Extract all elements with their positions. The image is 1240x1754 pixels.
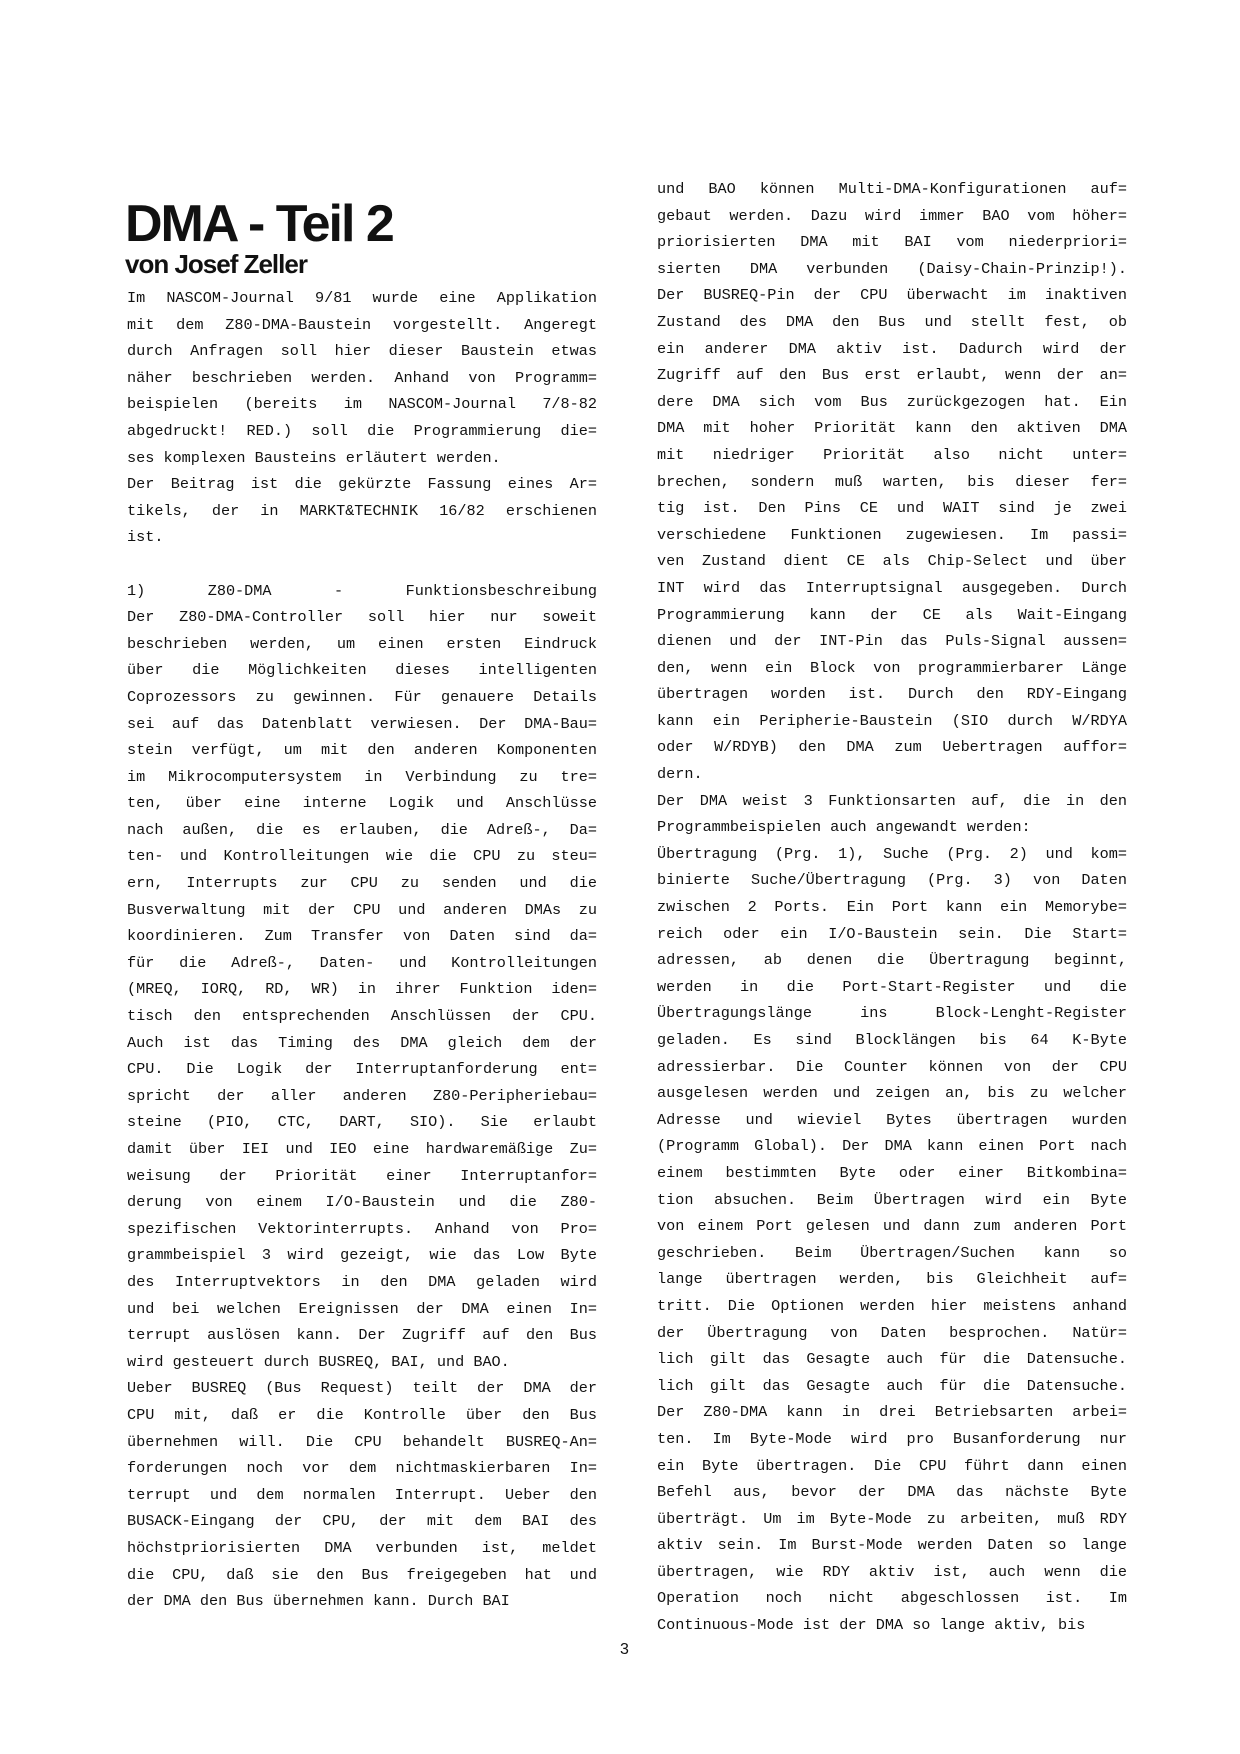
text-line: damit über IEI und IEO eine hardwaremäßi… bbox=[127, 1136, 597, 1163]
article-title: DMA - Teil 2 bbox=[125, 196, 393, 252]
article-byline: von Josef Zeller bbox=[125, 250, 307, 278]
text-line: ten, über eine interne Logik und Anschlü… bbox=[127, 790, 597, 817]
text-line: zwischen 2 Ports. Ein Port kann ein Memo… bbox=[657, 894, 1127, 921]
text-line: im Mikrocomputersystem in Verbindung zu … bbox=[127, 764, 597, 791]
text-line: priorisierten DMA mit BAI vom niederprio… bbox=[657, 229, 1127, 256]
text-line: übernehmen will. Die CPU behandelt BUSRE… bbox=[127, 1429, 597, 1456]
text-line: Operation noch nicht abgeschlossen ist. … bbox=[657, 1585, 1127, 1612]
text-line: lange übertragen werden, bis Gleichheit … bbox=[657, 1266, 1127, 1293]
text-line: Auch ist das Timing des DMA gleich dem d… bbox=[127, 1030, 597, 1057]
text-line: CPU mit, daß er die Kontrolle über den B… bbox=[127, 1402, 597, 1429]
text-line: Coprozessors zu gewinnen. Für genauere D… bbox=[127, 684, 597, 711]
text-line: tritt. Die Optionen werden hier meistens… bbox=[657, 1293, 1127, 1320]
text-line: spricht der aller anderen Z80-Peripherie… bbox=[127, 1083, 597, 1110]
text-line: adressierbar. Die Counter können von der… bbox=[657, 1054, 1127, 1081]
text-line: Busverwaltung mit der CPU und anderen DM… bbox=[127, 897, 597, 924]
text-line: Continuous-Mode ist der DMA so lange akt… bbox=[657, 1612, 1127, 1639]
text-line: die CPU, daß sie den Bus freigegeben hat… bbox=[127, 1562, 597, 1589]
text-line: (MREQ, IORQ, RD, WR) in ihrer Funktion i… bbox=[127, 976, 597, 1003]
text-line: tig ist. Den Pins CE und WAIT sind je zw… bbox=[657, 495, 1127, 522]
text-line: tion absuchen. Beim Übertragen wird ein … bbox=[657, 1187, 1127, 1214]
text-line: ausgelesen werden und zeigen an, bis zu … bbox=[657, 1080, 1127, 1107]
text-line: mit dem Z80-DMA-Baustein vorgestellt. An… bbox=[127, 312, 597, 339]
left-text-column: Im NASCOM-Journal 9/81 wurde eine Applik… bbox=[127, 285, 597, 1615]
text-line: einem bestimmten Byte oder einer Bitkomb… bbox=[657, 1160, 1127, 1187]
text-line: oder W/RDYB) den DMA zum Uebertragen auf… bbox=[657, 734, 1127, 761]
text-line: und BAO können Multi-DMA-Konfigurationen… bbox=[657, 176, 1127, 203]
text-line: Übertragung (Prg. 1), Suche (Prg. 2) und… bbox=[657, 841, 1127, 868]
text-line: mit niedriger Priorität also nicht unter… bbox=[657, 442, 1127, 469]
text-line: den, wenn ein Block von programmierbarer… bbox=[657, 655, 1127, 682]
text-line: wird gesteuert durch BUSREQ, BAI, und BA… bbox=[127, 1349, 597, 1376]
text-line: derung von einem I/O-Baustein und die Z8… bbox=[127, 1189, 597, 1216]
text-line: DMA mit hoher Priorität kann den aktiven… bbox=[657, 415, 1127, 442]
text-line: ses komplexen Bausteins erläutert werden… bbox=[127, 445, 597, 472]
text-line: lich gilt das Gesagte auch für die Daten… bbox=[657, 1373, 1127, 1400]
text-line: Befehl aus, bevor der DMA das nächste By… bbox=[657, 1479, 1127, 1506]
text-line: ein Byte übertragen. Die CPU führt dann … bbox=[657, 1453, 1127, 1480]
page-number: 3 bbox=[620, 1641, 629, 1659]
text-line: überträgt. Um im Byte-Mode zu arbeiten, … bbox=[657, 1506, 1127, 1533]
text-line: Programmierung kann der CE als Wait-Eing… bbox=[657, 602, 1127, 629]
text-line: geladen. Es sind Blocklängen bis 64 K-By… bbox=[657, 1027, 1127, 1054]
text-line: nach außen, die es erlauben, die Adreß-,… bbox=[127, 817, 597, 844]
text-line: steine (PIO, CTC, DART, SIO). Sie erlaub… bbox=[127, 1109, 597, 1136]
text-line: Ueber BUSREQ (Bus Request) teilt der DMA… bbox=[127, 1375, 597, 1402]
text-line: für die Adreß-, Daten- und Kontrolleitun… bbox=[127, 950, 597, 977]
text-line: tisch den entsprechenden Anschlüssen der… bbox=[127, 1003, 597, 1030]
text-line: reich oder ein I/O-Baustein sein. Die St… bbox=[657, 921, 1127, 948]
text-line: beispielen (bereits im NASCOM-Journal 7/… bbox=[127, 391, 597, 418]
text-line: ten. Im Byte-Mode wird pro Busanforderun… bbox=[657, 1426, 1127, 1453]
text-line: Zugriff auf den Bus erst erlaubt, wenn d… bbox=[657, 362, 1127, 389]
text-line: terrupt und dem normalen Interrupt. Uebe… bbox=[127, 1482, 597, 1509]
text-line: und bei welchen Ereignissen der DMA eine… bbox=[127, 1296, 597, 1323]
text-line: binierte Suche/Übertragung (Prg. 3) von … bbox=[657, 867, 1127, 894]
text-line: INT wird das Interruptsignal ausgegeben.… bbox=[657, 575, 1127, 602]
text-line: näher beschrieben werden. Anhand von Pro… bbox=[127, 365, 597, 392]
text-line: BUSACK-Eingang der CPU, der mit dem BAI … bbox=[127, 1508, 597, 1535]
text-line: Im NASCOM-Journal 9/81 wurde eine Applik… bbox=[127, 285, 597, 312]
text-line: Der Z80-DMA-Controller soll hier nur sow… bbox=[127, 604, 597, 631]
text-line: verschiedene Funktionen zugewiesen. Im p… bbox=[657, 522, 1127, 549]
text-line: dere DMA sich vom Bus zurückgezogen hat.… bbox=[657, 389, 1127, 416]
text-line: aktiv sein. Im Burst-Mode werden Daten s… bbox=[657, 1532, 1127, 1559]
text-line: (Programm Global). Der DMA kann einen Po… bbox=[657, 1133, 1127, 1160]
text-line: dienen und der INT-Pin das Puls-Signal a… bbox=[657, 628, 1127, 655]
text-line bbox=[127, 551, 597, 578]
text-line: beschrieben werden, um einen ersten Eind… bbox=[127, 631, 597, 658]
text-line: von einem Port gelesen und dann zum ande… bbox=[657, 1213, 1127, 1240]
text-line: übertragen, wie RDY aktiv ist, auch wenn… bbox=[657, 1559, 1127, 1586]
text-line: sei auf das Datenblatt verwiesen. Der DM… bbox=[127, 711, 597, 738]
text-line: stein verfügt, um mit den anderen Kompon… bbox=[127, 737, 597, 764]
right-text-column: und BAO können Multi-DMA-Konfigurationen… bbox=[657, 176, 1127, 1639]
text-line: sierten DMA verbunden (Daisy-Chain-Prinz… bbox=[657, 256, 1127, 283]
text-line: kann ein Peripherie-Baustein (SIO durch … bbox=[657, 708, 1127, 735]
text-line: Der DMA weist 3 Funktionsarten auf, die … bbox=[657, 788, 1127, 815]
text-line: der Übertragung von Daten besprochen. Na… bbox=[657, 1320, 1127, 1347]
text-line: Programmbeispielen auch angewandt werden… bbox=[657, 814, 1127, 841]
text-line: Der Beitrag ist die gekürzte Fassung ein… bbox=[127, 471, 597, 498]
text-line: ein anderer DMA aktiv ist. Dadurch wird … bbox=[657, 336, 1127, 363]
text-line: weisung der Priorität einer Interruptanf… bbox=[127, 1163, 597, 1190]
text-line: adressen, ab denen die Übertragung begin… bbox=[657, 947, 1127, 974]
text-line: der DMA den Bus übernehmen kann. Durch B… bbox=[127, 1588, 597, 1615]
text-line: übertragen worden ist. Durch den RDY-Ein… bbox=[657, 681, 1127, 708]
text-line: CPU. Die Logik der Interruptanforderung … bbox=[127, 1056, 597, 1083]
text-line: des Interruptvektors in den DMA geladen … bbox=[127, 1269, 597, 1296]
text-line: Zustand des DMA den Bus und stellt fest,… bbox=[657, 309, 1127, 336]
text-line: geschrieben. Beim Übertragen/Suchen kann… bbox=[657, 1240, 1127, 1267]
text-line: spezifischen Vektorinterrupts. Anhand vo… bbox=[127, 1216, 597, 1243]
text-line: Der Z80-DMA kann in drei Betriebsarten a… bbox=[657, 1399, 1127, 1426]
text-line: forderungen noch vor dem nichtmaskierbar… bbox=[127, 1455, 597, 1482]
text-line: dern. bbox=[657, 761, 1127, 788]
text-line: grammbeispiel 3 wird gezeigt, wie das Lo… bbox=[127, 1242, 597, 1269]
text-line: ist. bbox=[127, 524, 597, 551]
text-line: tikels, der in MARKT&TECHNIK 16/82 ersch… bbox=[127, 498, 597, 525]
text-line: gebaut werden. Dazu wird immer BAO vom h… bbox=[657, 203, 1127, 230]
text-line: terrupt auslösen kann. Der Zugriff auf d… bbox=[127, 1322, 597, 1349]
text-line: Übertragungslänge ins Block-Lenght-Regis… bbox=[657, 1000, 1127, 1027]
text-line: brechen, sondern muß warten, bis dieser … bbox=[657, 469, 1127, 496]
text-line: höchstpriorisierten DMA verbunden ist, m… bbox=[127, 1535, 597, 1562]
text-line: Der BUSREQ-Pin der CPU überwacht im inak… bbox=[657, 282, 1127, 309]
text-line: werden in die Port-Start-Register und di… bbox=[657, 974, 1127, 1001]
text-line: abgedruckt! RED.) soll die Programmierun… bbox=[127, 418, 597, 445]
text-line: 1) Z80-DMA - Funktionsbeschreibung bbox=[127, 578, 597, 605]
text-line: ven Zustand dient CE als Chip-Select und… bbox=[657, 548, 1127, 575]
text-line: durch Anfragen soll hier dieser Baustein… bbox=[127, 338, 597, 365]
text-line: lich gilt das Gesagte auch für die Daten… bbox=[657, 1346, 1127, 1373]
text-line: Adresse und wieviel Bytes übertragen wur… bbox=[657, 1107, 1127, 1134]
text-line: koordinieren. Zum Transfer von Daten sin… bbox=[127, 923, 597, 950]
text-line: ten- und Kontrolleitungen wie die CPU zu… bbox=[127, 843, 597, 870]
text-line: über die Möglichkeiten dieses intelligen… bbox=[127, 657, 597, 684]
text-line: ern, Interrupts zur CPU zu senden und di… bbox=[127, 870, 597, 897]
